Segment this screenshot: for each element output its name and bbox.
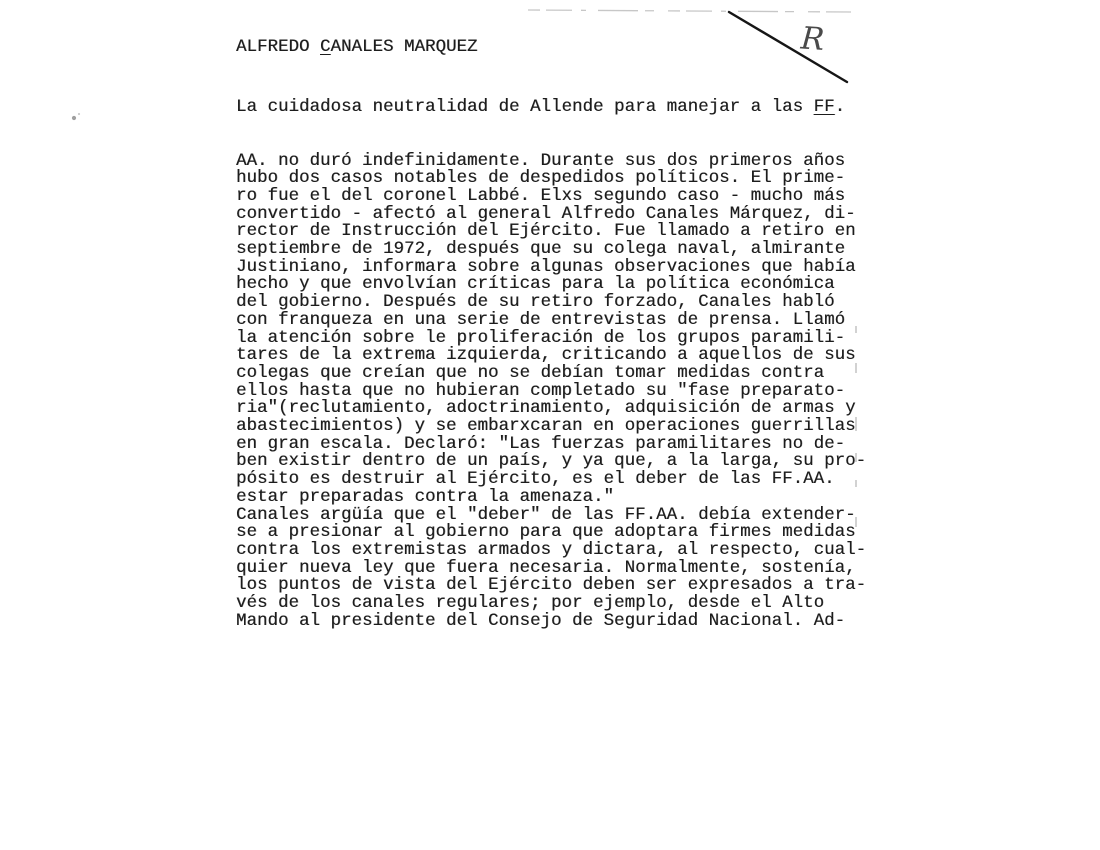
line-text-post: . (835, 97, 846, 117)
title-underlined-letter: C (320, 37, 331, 57)
line-underlined-text: FF (814, 97, 835, 117)
document-body: La cuidadosa neutralidad de Allende para… (236, 64, 866, 666)
title-text-pre: ALFREDO (236, 37, 320, 57)
text-lines: AA. no duró indefinidamente. Durante sus… (236, 153, 866, 631)
stray-speck (72, 116, 76, 120)
document-title: ALFREDO CANALES MARQUEZ (236, 39, 478, 57)
text-line: colegas que creían que no se debían toma… (236, 365, 866, 383)
handwritten-r-mark: R (799, 20, 826, 58)
text-line: Mando al presidente del Consejo de Segur… (236, 613, 866, 631)
text-line: La cuidadosa neutralidad de Allende para… (236, 99, 866, 117)
scanned-document-page: ALFREDO CANALES MARQUEZ La cuidadosa neu… (0, 0, 1100, 850)
line-text-pre: La cuidadosa neutralidad de Allende para… (236, 97, 814, 117)
title-text-post: ANALES MARQUEZ (331, 37, 478, 57)
page-top-edge-line (528, 10, 851, 12)
text-line: ro fue el del coronel Labbé. Elxs segund… (236, 188, 866, 206)
text-line: estar preparadas contra la amenaza." (236, 489, 866, 507)
text-line: con franqueza en una serie de entrevista… (236, 312, 866, 330)
stray-speck (78, 113, 80, 115)
